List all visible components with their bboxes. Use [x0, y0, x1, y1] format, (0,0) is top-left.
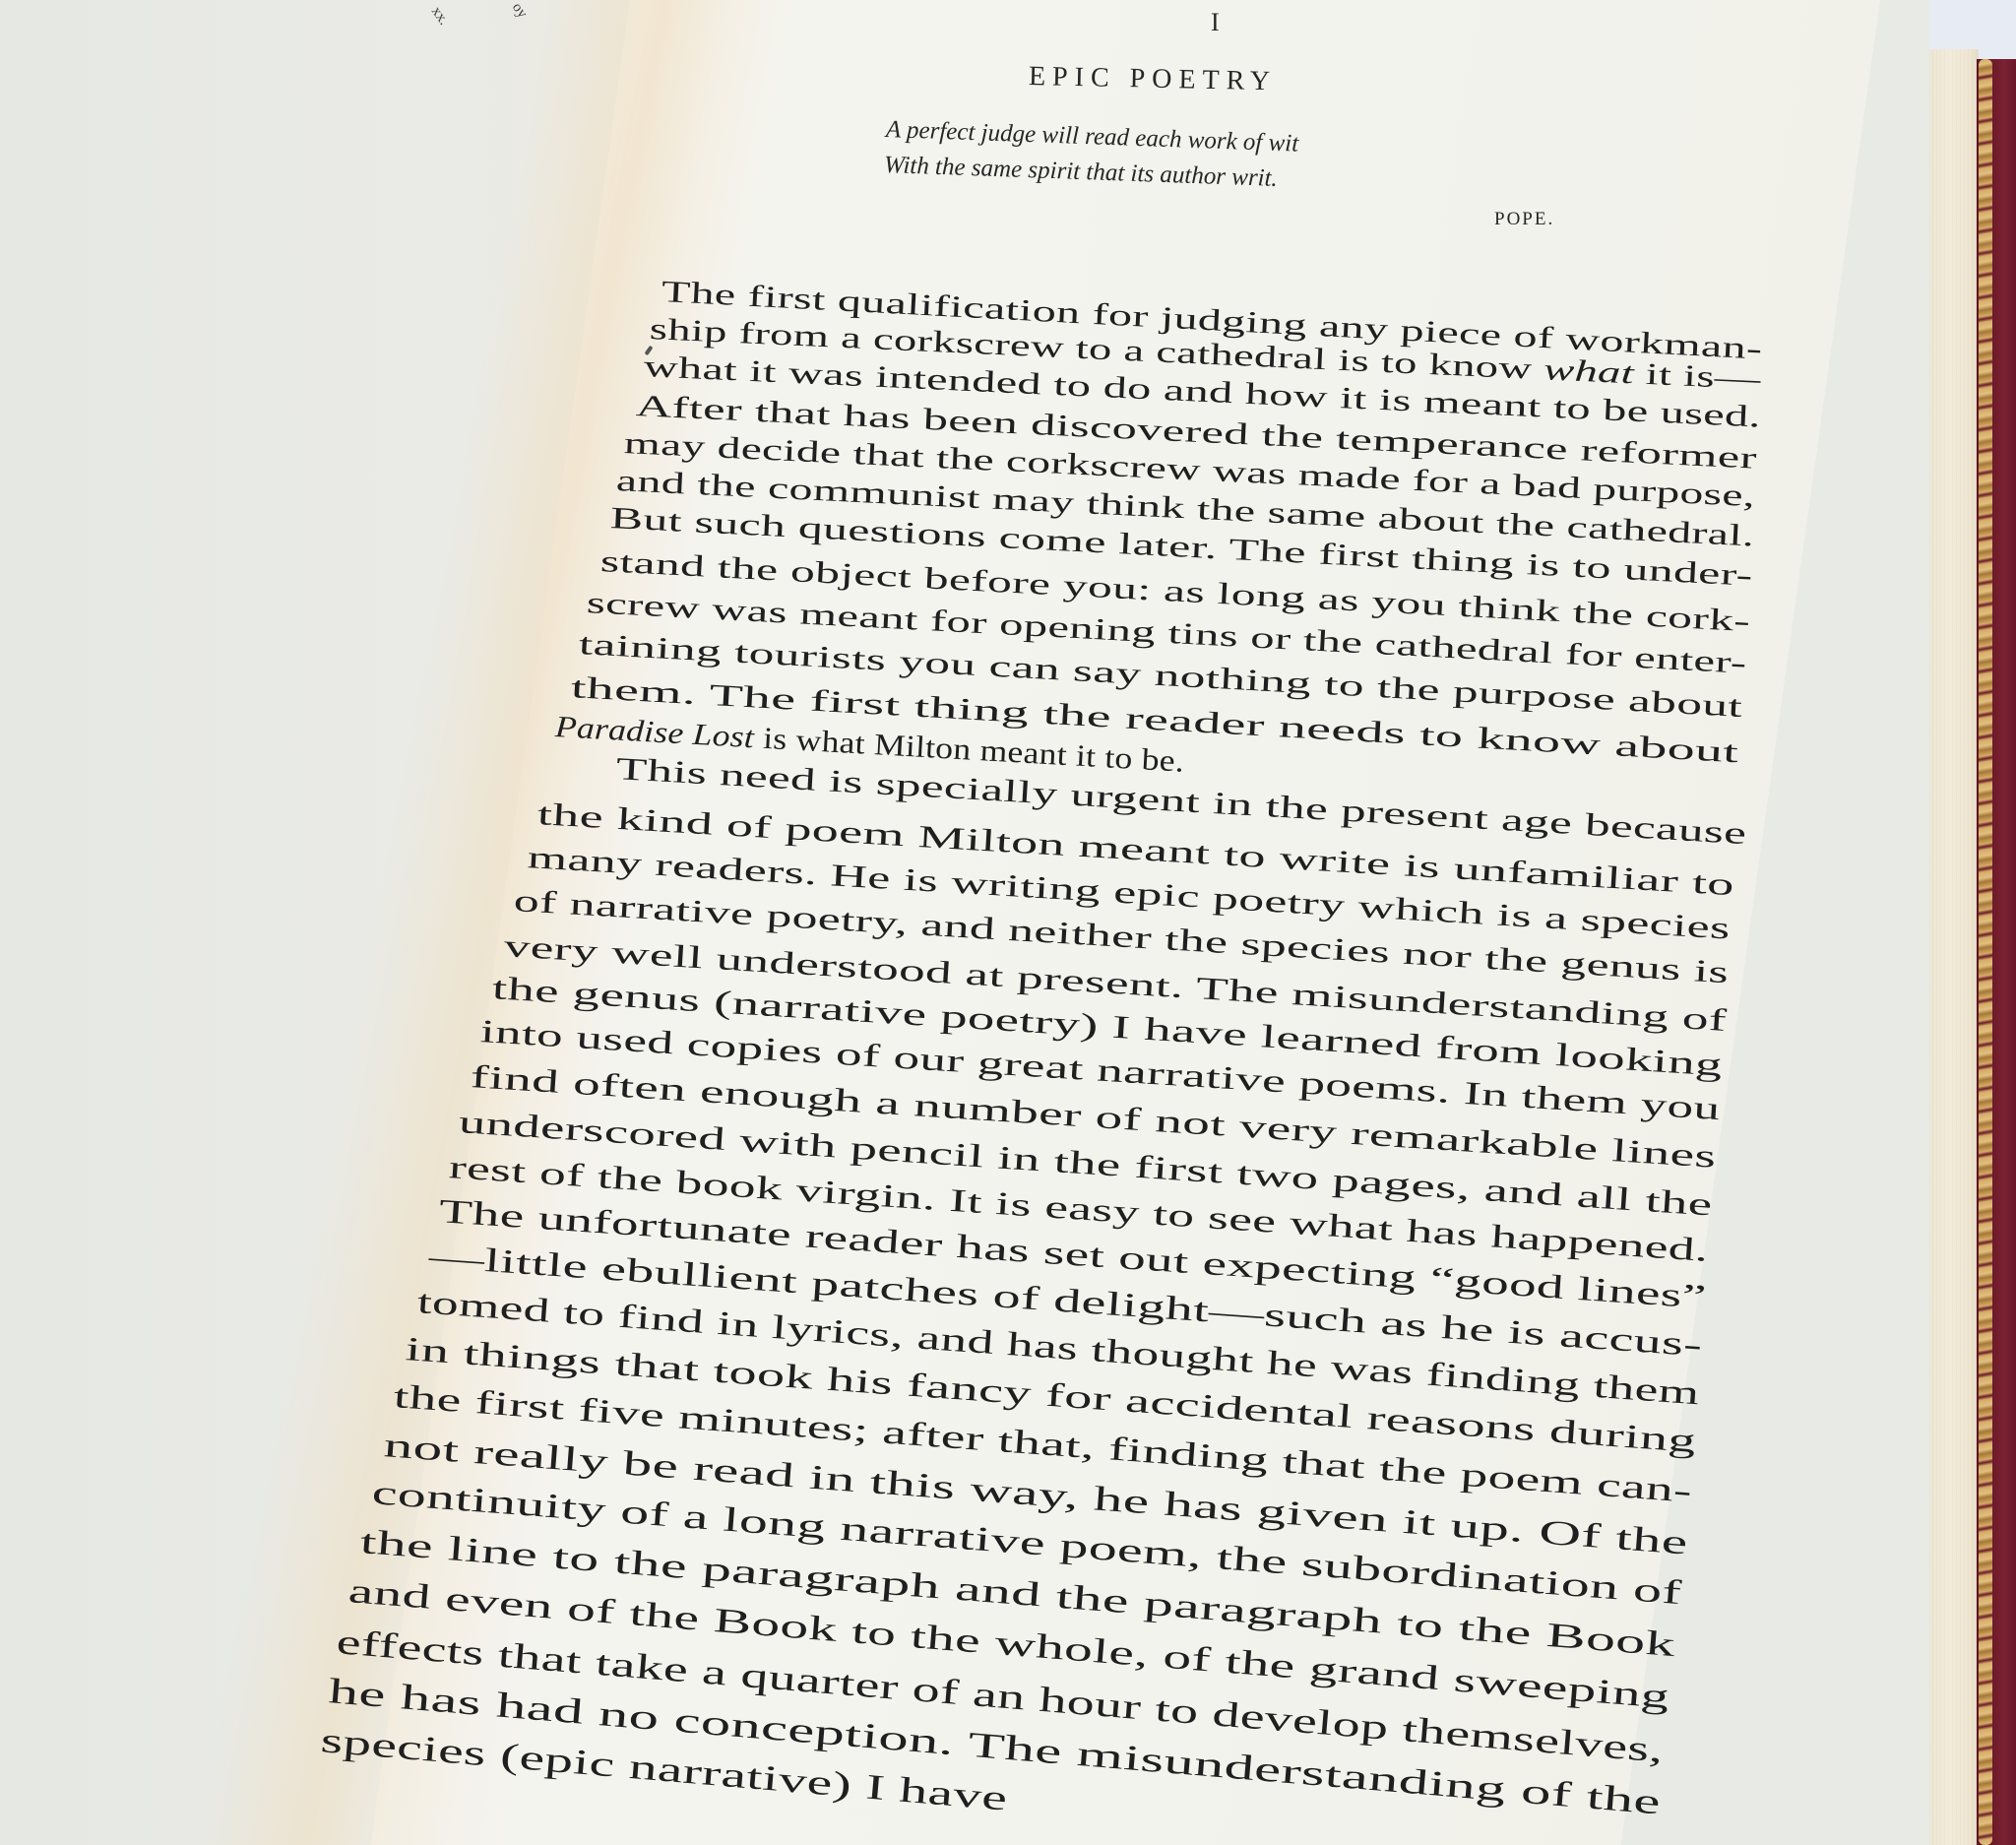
gilt-border-decoration: [1979, 59, 1992, 1845]
page-edge-lines: [1929, 49, 1979, 1845]
epigraph-attribution: POPE.: [1494, 209, 1554, 230]
chapter-number: I: [1211, 8, 1220, 37]
chapter-title: EPIC POETRY: [1029, 61, 1278, 97]
book-cover: [1977, 59, 2016, 1845]
page-fore-edge: [1929, 49, 1979, 1845]
text-segment: it is—: [1633, 355, 1761, 396]
italic-text: what: [1543, 351, 1634, 390]
book-photo: xx.oy I EPIC POETRY A perfect judge will…: [0, 0, 2016, 1845]
